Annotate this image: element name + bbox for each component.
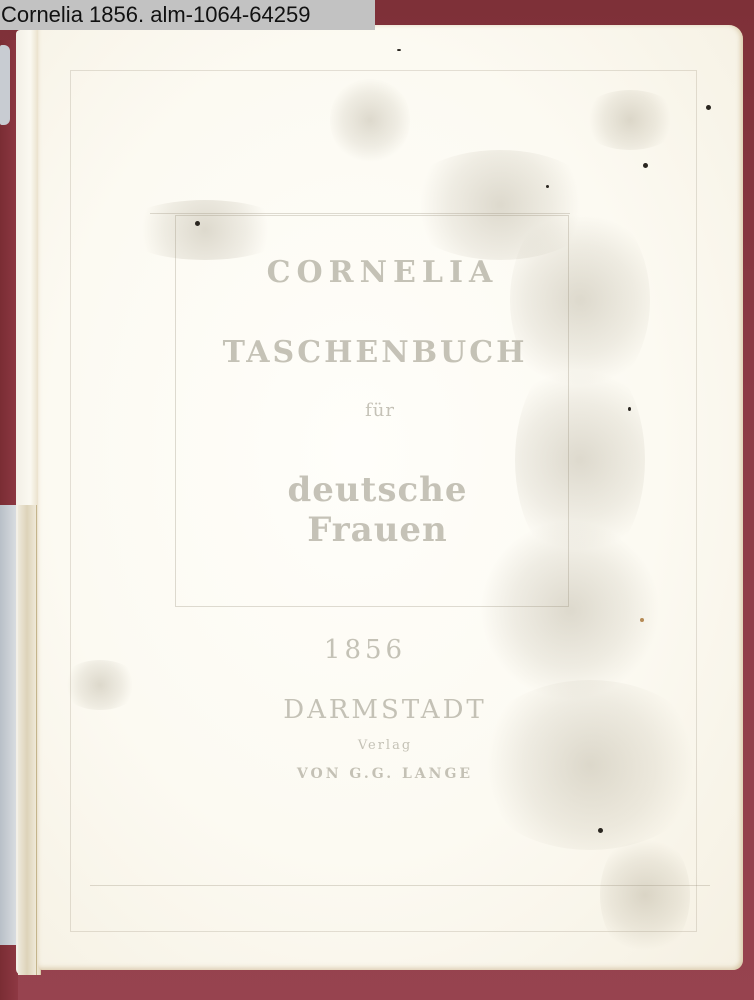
engraving-line	[90, 885, 710, 886]
cover-year: 1856	[310, 635, 420, 665]
adjacent-page-edge-lower	[0, 505, 16, 945]
vine-ornament	[600, 830, 690, 960]
foxing-spot	[643, 163, 648, 168]
foxing-spot	[706, 105, 711, 110]
vine-ornament	[120, 200, 290, 260]
engraving-line	[150, 213, 570, 214]
cover-verlag: Verlag	[345, 738, 425, 753]
cover-title: CORNELIA	[250, 255, 515, 290]
cover-audience: deutsche Frauen	[240, 470, 515, 550]
vine-ornament	[470, 680, 710, 850]
foxing-spot	[598, 828, 603, 833]
vine-ornament	[60, 660, 140, 710]
foxing-spot	[628, 407, 631, 411]
image-caption-label: Cornelia 1856. alm-1064-64259	[0, 0, 375, 30]
cover-for: für	[335, 400, 425, 421]
cover-publisher: VON G.G. LANGE	[290, 766, 480, 782]
vine-ornament	[330, 75, 410, 165]
foxing-spot	[640, 618, 644, 622]
cover-subtitle: TASCHENBUCH	[215, 335, 535, 370]
spine-wear	[18, 505, 37, 975]
foxing-spot	[546, 185, 549, 188]
adjacent-page-edge	[0, 45, 10, 125]
cover-city: DARMSTADT	[270, 695, 500, 725]
foxing-spot	[195, 221, 200, 226]
foxing-spot	[397, 49, 401, 51]
vine-ornament	[580, 90, 680, 150]
